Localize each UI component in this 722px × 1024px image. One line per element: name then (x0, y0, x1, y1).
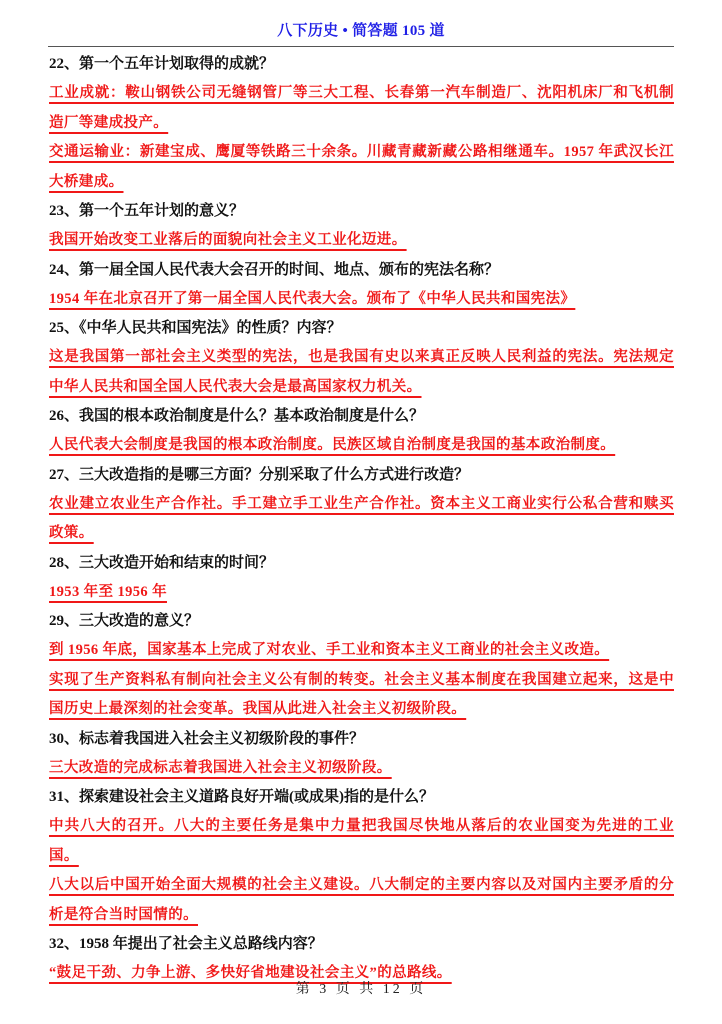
answer-text: 人民代表大会制度是我国的根本政治制度。民族区域自治制度是我国的基本政治制度。 (49, 437, 615, 453)
qa-list: 22、第一个五年计划取得的成就？ 工业成就：鞍山钢铁公司无缝钢管厂等三大工程、长… (49, 50, 674, 989)
answer-text: 中共八大的召开。八大的主要任务是集中力量把我国尽快地从落后的农业国变为先进的工业… (49, 818, 674, 864)
qa-item-31: 31、探索建设社会主义道路良好开端(或成果)指的是什么？ 中共八大的召开。八大的… (49, 783, 674, 930)
qa-item-30: 30、标志着我国进入社会主义初级阶段的事件？ 三大改造的完成标志着我国进入社会主… (49, 725, 674, 784)
answer-31-after: 八大以后中国开始全面大规模的社会主义建设。八大制定的主要内容以及对国内主要矛盾的… (49, 871, 674, 930)
question-29: 29、三大改造的意义？ (49, 607, 674, 636)
question-28: 28、三大改造开始和结束的时间？ (49, 549, 674, 578)
qa-item-28: 28、三大改造开始和结束的时间？ 1953 年至 1956 年 (49, 549, 674, 608)
answer-31-congress: 中共八大的召开。八大的主要任务是集中力量把我国尽快地从落后的农业国变为先进的工业… (49, 812, 674, 871)
page-header: 八下历史 • 简答题 105 道 (48, 10, 674, 47)
question-27: 27、三大改造指的是哪三方面？分别采取了什么方式进行改造？ (49, 461, 674, 490)
question-23: 23、第一个五年计划的意义？ (49, 197, 674, 226)
answer-25: 这是我国第一部社会主义类型的宪法，也是我国有史以来真正反映人民利益的宪法。宪法规… (49, 343, 674, 402)
document-title: 八下历史 • 简答题 105 道 (277, 19, 445, 40)
answer-22-industry: 工业成就：鞍山钢铁公司无缝钢管厂等三大工程、长春第一汽车制造厂、沈阳机床厂和飞机… (49, 79, 674, 138)
answer-text: 实现了生产资料私有制向社会主义公有制的转变。社会主义基本制度在我国建立起来，这是… (49, 672, 674, 718)
answer-text: 农业建立农业生产合作社。手工建立手工业生产合作社。资本主义工商业实行公私合营和赎… (49, 496, 674, 542)
qa-item-25: 25、《中华人民共和国宪法》的性质？内容？ 这是我国第一部社会主义类型的宪法，也… (49, 314, 674, 402)
qa-item-26: 26、我国的根本政治制度是什么？基本政治制度是什么？ 人民代表大会制度是我国的根… (49, 402, 674, 461)
answer-29-significance: 实现了生产资料私有制向社会主义公有制的转变。社会主义基本制度在我国建立起来，这是… (49, 666, 674, 725)
answer-24: 1954 年在北京召开了第一届全国人民代表大会。颁布了《中华人民共和国宪法》 (49, 285, 674, 315)
answer-text: 三大改造的完成标志着我国进入社会主义初级阶段。 (49, 760, 392, 776)
qa-item-24: 24、第一届全国人民代表大会召开的时间、地点、颁布的宪法名称？ 1954 年在北… (49, 256, 674, 315)
question-22: 22、第一个五年计划取得的成就？ (49, 50, 674, 79)
answer-text: 工业成就：鞍山钢铁公司无缝钢管厂等三大工程、长春第一汽车制造厂、沈阳机床厂和飞机… (49, 85, 674, 131)
answer-28: 1953 年至 1956 年 (49, 578, 674, 608)
page-number: 第 3 页 共 12 页 (0, 978, 722, 998)
question-26: 26、我国的根本政治制度是什么？基本政治制度是什么？ (49, 402, 674, 431)
question-24: 24、第一届全国人民代表大会召开的时间、地点、颁布的宪法名称？ (49, 256, 674, 285)
question-30: 30、标志着我国进入社会主义初级阶段的事件？ (49, 725, 674, 754)
answer-text: 1953 年至 1956 年 (49, 584, 167, 600)
answer-26: 人民代表大会制度是我国的根本政治制度。民族区域自治制度是我国的基本政治制度。 (49, 431, 674, 461)
answer-text: 八大以后中国开始全面大规模的社会主义建设。八大制定的主要内容以及对国内主要矛盾的… (49, 877, 674, 923)
question-31: 31、探索建设社会主义道路良好开端(或成果)指的是什么？ (49, 783, 674, 812)
qa-item-23: 23、第一个五年计划的意义？ 我国开始改变工业落后的面貌向社会主义工业化迈进。 (49, 197, 674, 256)
answer-30: 三大改造的完成标志着我国进入社会主义初级阶段。 (49, 754, 674, 784)
answer-text: 到 1956 年底，国家基本上完成了对农业、手工业和资本主义工商业的社会主义改造… (49, 642, 609, 658)
answer-23: 我国开始改变工业落后的面貌向社会主义工业化迈进。 (49, 226, 674, 256)
answer-text: 1954 年在北京召开了第一届全国人民代表大会。颁布了《中华人民共和国宪法》 (49, 291, 575, 307)
answer-22-transport: 交通运输业：新建宝成、鹰厦等铁路三十余条。川藏青藏新藏公路相继通车。1957 年… (49, 138, 674, 197)
qa-item-29: 29、三大改造的意义？ 到 1956 年底，国家基本上完成了对农业、手工业和资本… (49, 607, 674, 725)
answer-text: 这是我国第一部社会主义类型的宪法，也是我国有史以来真正反映人民利益的宪法。宪法规… (49, 349, 674, 395)
answer-text: 交通运输业：新建宝成、鹰厦等铁路三十余条。川藏青藏新藏公路相继通车。1957 年… (49, 144, 674, 190)
qa-item-22: 22、第一个五年计划取得的成就？ 工业成就：鞍山钢铁公司无缝钢管厂等三大工程、长… (49, 50, 674, 197)
question-32: 32、1958 年提出了社会主义总路线内容？ (49, 930, 674, 959)
answer-text: 我国开始改变工业落后的面貌向社会主义工业化迈进。 (49, 232, 407, 248)
answer-29-completion: 到 1956 年底，国家基本上完成了对农业、手工业和资本主义工商业的社会主义改造… (49, 636, 674, 666)
answer-27: 农业建立农业生产合作社。手工建立手工业生产合作社。资本主义工商业实行公私合营和赎… (49, 490, 674, 549)
question-25: 25、《中华人民共和国宪法》的性质？内容？ (49, 314, 674, 343)
qa-item-27: 27、三大改造指的是哪三方面？分别采取了什么方式进行改造？ 农业建立农业生产合作… (49, 461, 674, 549)
